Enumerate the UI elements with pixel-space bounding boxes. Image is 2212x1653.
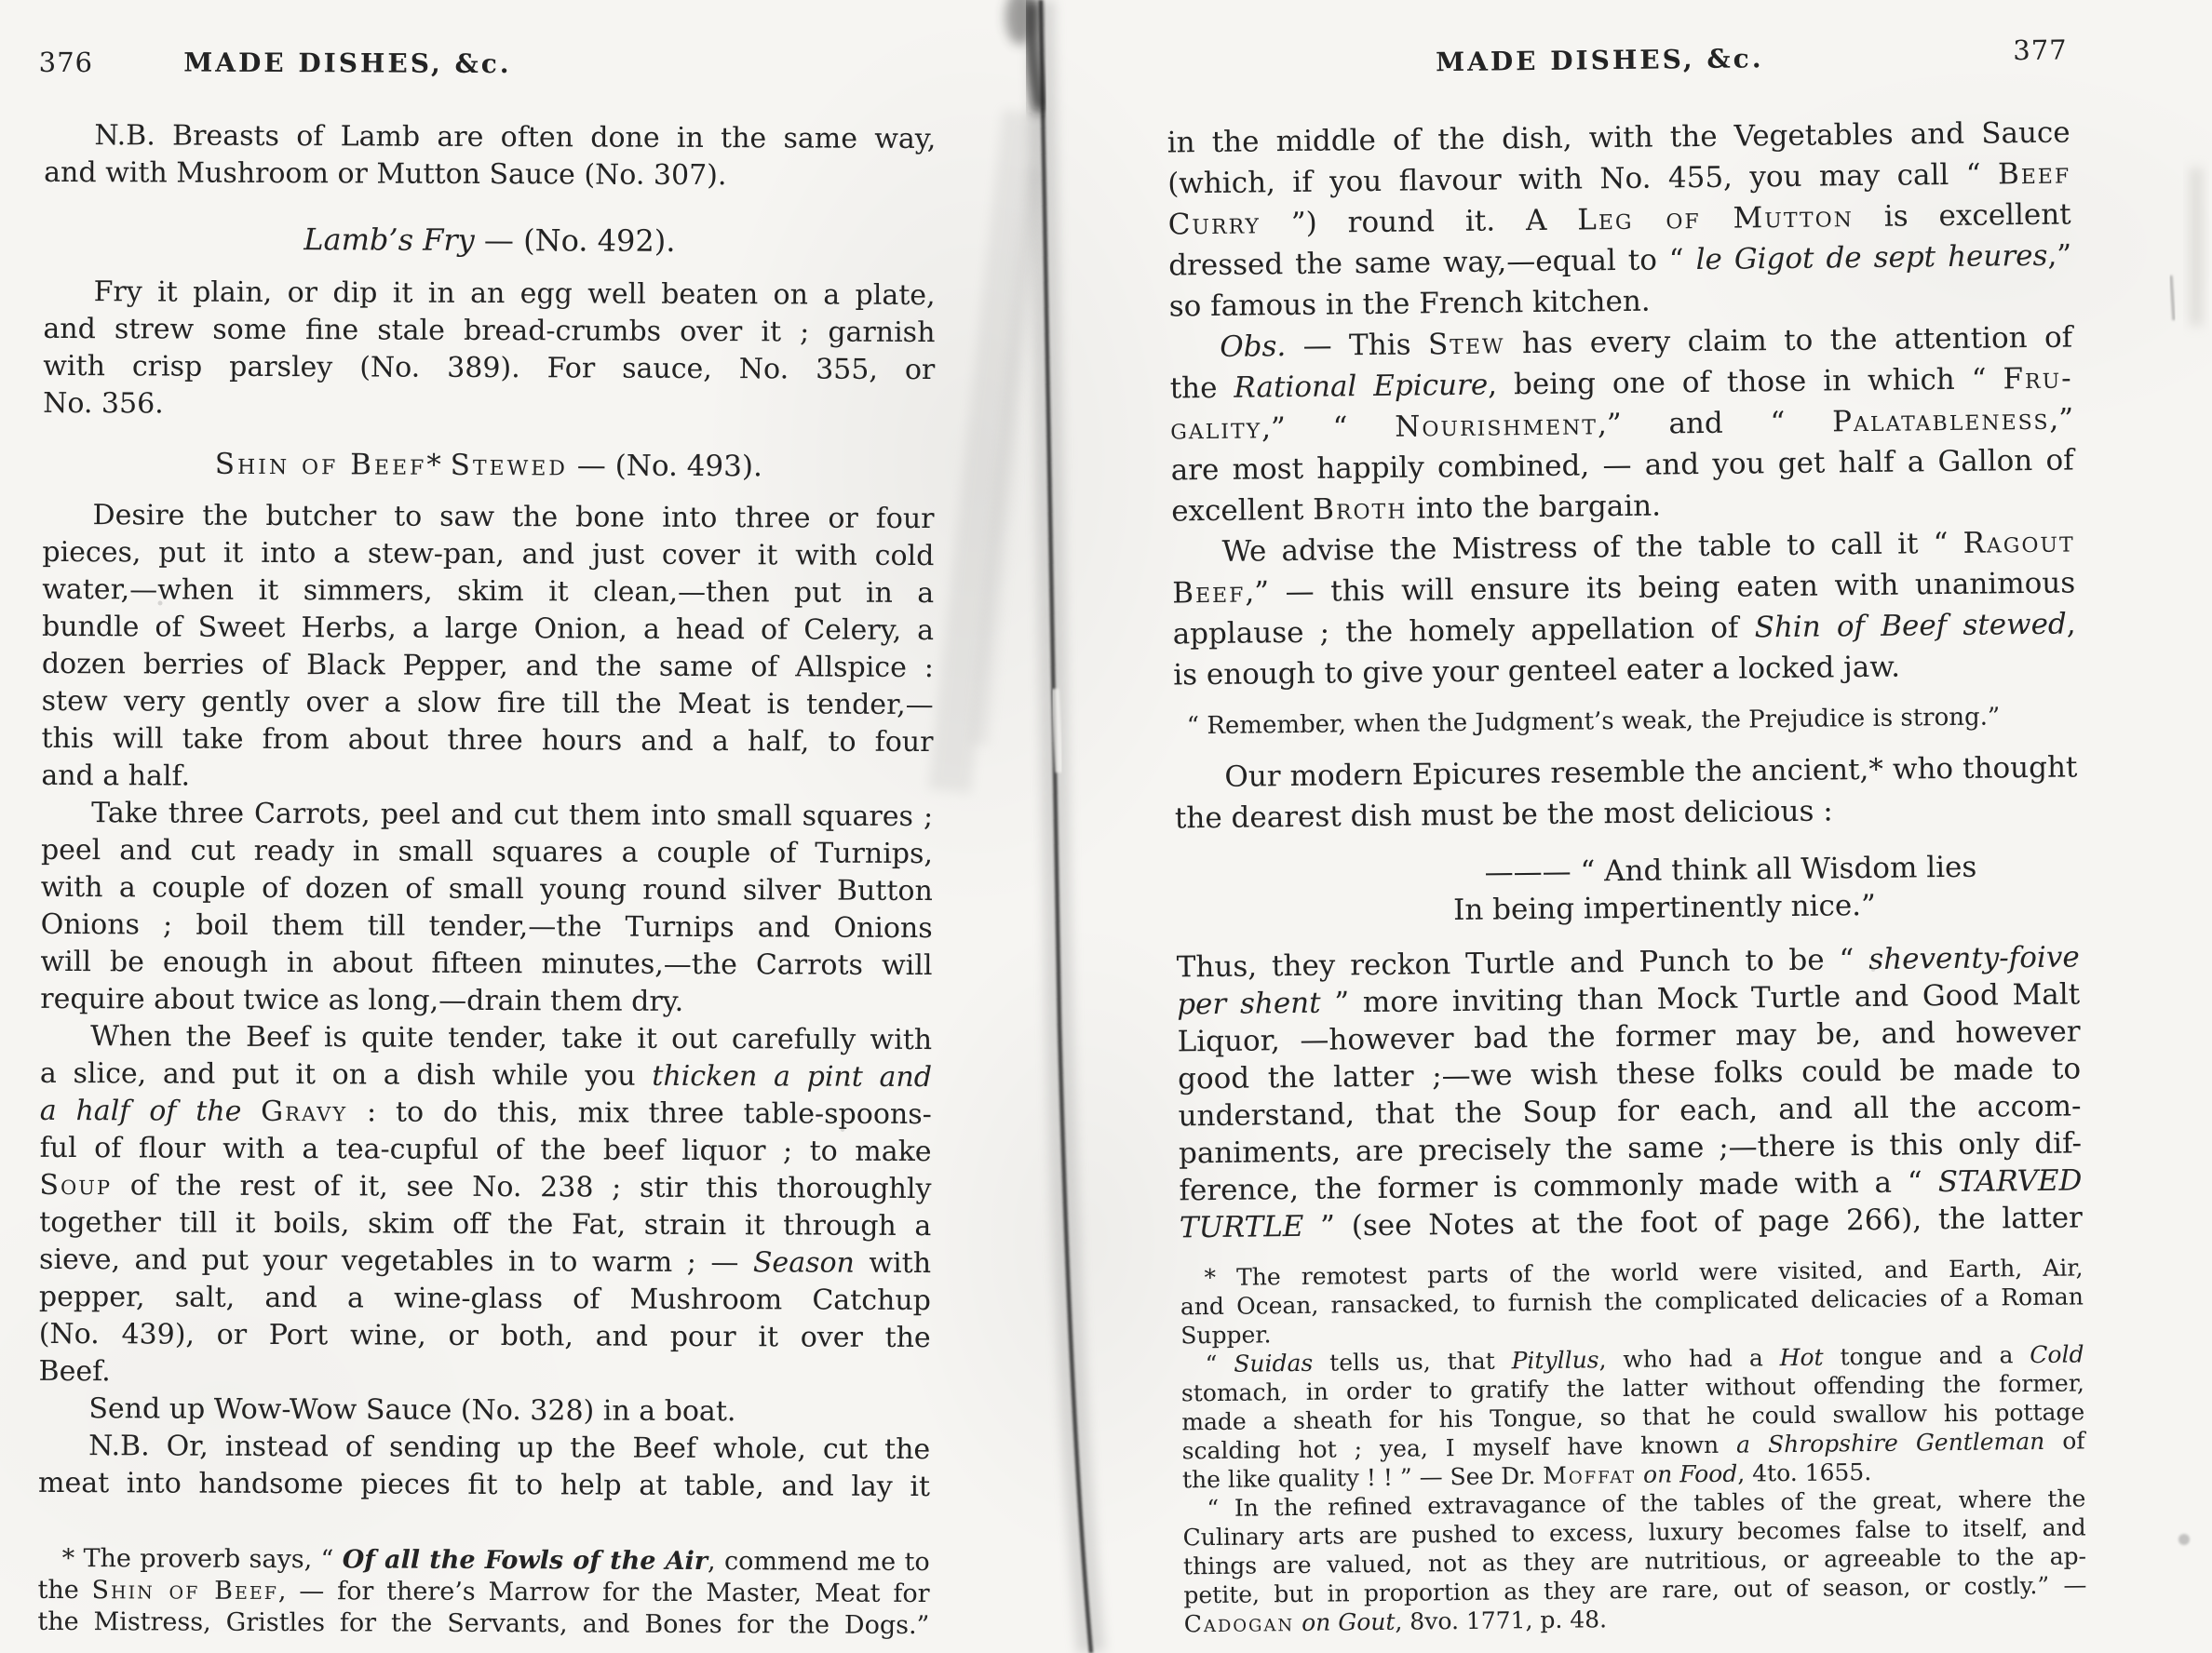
gutter-crease-line (1041, 0, 1091, 1653)
gutter-shadow-band (1041, 0, 1091, 1653)
footnote: * The remotest parts of the world were v… (1180, 1253, 2084, 1350)
para: We advise the Mistress of the table to c… (1171, 521, 2076, 695)
text-line: sieve, and put your vegetables in to war… (39, 1242, 931, 1283)
text-line: together till it boils, skim off the Fat… (39, 1204, 931, 1245)
book-page-left: 376 MADE DISHES, &c. N.B. Breasts of Lam… (37, 0, 937, 1642)
text-line: meat into handsome pieces fit to help at… (38, 1465, 930, 1506)
scan-artifact (2178, 1534, 2190, 1545)
text-line: ful of flour with a tea-cupful of the be… (40, 1130, 932, 1171)
text-line: and a half. (41, 758, 933, 799)
text-line: When the Beef is quite tender, take it o… (40, 1018, 932, 1059)
para: Thus, they reckon Turtle and Punch to be… (1177, 938, 2084, 1246)
para: in the middle of the dish, with the Vege… (1167, 112, 2071, 327)
text-line: bundle of Sweet Herbs, a large Onion, a … (42, 609, 934, 650)
scan-artifact (2171, 275, 2174, 320)
quote: “ Remember, when the Judgment’s weak, th… (1174, 700, 2077, 742)
para: When the Beef is quite tender, take it o… (38, 1018, 932, 1394)
text-line: pepper, salt, and a wine-glass of Mushro… (39, 1279, 931, 1320)
page-header-right: MADE DISHES, &c. 377 (1167, 43, 2070, 90)
text-line: will be enough in about fifteen minutes,… (40, 944, 932, 985)
para: Obs. — This Stew has every claim to the … (1169, 316, 2074, 531)
book-page-right: MADE DISHES, &c. 377 in the middle of th… (1166, 0, 2087, 1638)
text-line: water,—when it simmers, skim it clean,—t… (42, 571, 934, 612)
running-title: MADE DISHES, &c. (1436, 43, 1764, 77)
text-line: and with Mushroom or Mutton Sauce (No. 3… (44, 155, 936, 195)
text-line: Send up Wow-Wow Sauce (No. 328) in a boa… (38, 1391, 930, 1431)
text-line: Soup of the rest of it, see No. 238 ; st… (39, 1167, 931, 1208)
text-line: the Shin of Beef, — for there’s Marrow f… (37, 1575, 929, 1610)
para: Desire the butcher to saw the bone into … (41, 497, 934, 799)
text-line: Desire the butcher to saw the bone into … (42, 497, 934, 538)
heading-italic: Lamb’s Fry — (No. 492). (44, 218, 936, 262)
page-number: 377 (2013, 34, 2068, 67)
page-header-left: 376 MADE DISHES, &c. (45, 47, 937, 87)
text-line: a slice, and put it on a dish while you … (40, 1055, 932, 1096)
crease-light-gap (1055, 689, 1059, 773)
text-line: Beef. (38, 1353, 930, 1394)
text-line: N.B. Breasts of Lamb are often done in t… (44, 117, 936, 158)
text-line: require about twice as long,—drain them … (40, 981, 932, 1022)
text-line: Take three Carrots, peel and cut them in… (41, 795, 933, 836)
para: N.B. Or, instead of sending up the Beef … (38, 1428, 930, 1506)
gutter-top-blotch (1031, 0, 1041, 112)
text-line: dozen berries of Black Pepper, and the s… (42, 646, 934, 687)
para: Send up Wow-Wow Sauce (No. 328) in a boa… (38, 1391, 930, 1431)
text-line: Fry it plain, or dip it in an egg well b… (44, 274, 936, 315)
text-line: with crisp parsley (No. 389). For sauce,… (43, 348, 935, 389)
footnote: * The proverb says, “ Of all the Fowls o… (37, 1543, 929, 1642)
footnote: “ Suidas tells us, that Pityllus, who ha… (1180, 1339, 2085, 1494)
text-line: a half of the Gravy : to do this, mix th… (40, 1093, 932, 1134)
running-title: MADE DISHES, &c. (183, 47, 511, 80)
text-line: with a couple of dozen of small young ro… (41, 869, 933, 910)
text-line: N.B. Or, instead of sending up the Beef … (38, 1428, 930, 1469)
heading-smallcaps: Shin of Beef* Stewed — (No. 493). (43, 443, 935, 488)
text-line: this will take from about three hours an… (41, 720, 933, 761)
text-line: pieces, put it into a stew-pan, and just… (42, 534, 934, 575)
scanned-book-spread: { "book": { "running_title": "MADE DISHE… (0, 0, 2212, 1653)
text-line: * The proverb says, “ Of all the Fowls o… (38, 1543, 930, 1579)
para: Take three Carrots, peel and cut them in… (40, 795, 933, 1022)
gutter-top-blotch-2 (1005, 0, 1035, 45)
text-line: (No. 439), or Port wine, or both, and po… (39, 1316, 931, 1357)
text-line: peel and cut ready in small squares a co… (41, 832, 933, 873)
text-line: and strew some fine stale bread-crumbs o… (43, 311, 935, 352)
gutter-diagonal-streak (950, 112, 1024, 791)
para: N.B. Breasts of Lamb are often done in t… (44, 117, 936, 195)
text-line: Onions ; boil them till tender,—the Turn… (41, 907, 933, 947)
verse: ——— “ And think all Wisdom liesIn being … (1175, 847, 2079, 932)
page-number: 376 (39, 47, 94, 78)
text-line: the Mistress, Gristles for the Servants,… (37, 1606, 929, 1642)
gutter-diagonal-streak-2 (979, 168, 1035, 745)
para: Our modern Epicures resemble the ancient… (1174, 746, 2078, 839)
scan-artifact (2190, 168, 2203, 326)
footnote: “ In the refined extravagance of the tab… (1182, 1484, 2087, 1638)
text-line: stew very gently over a slow fire till t… (42, 683, 934, 724)
para: Fry it plain, or dip it in an egg well b… (43, 274, 936, 426)
text-line: No. 356. (43, 385, 935, 426)
